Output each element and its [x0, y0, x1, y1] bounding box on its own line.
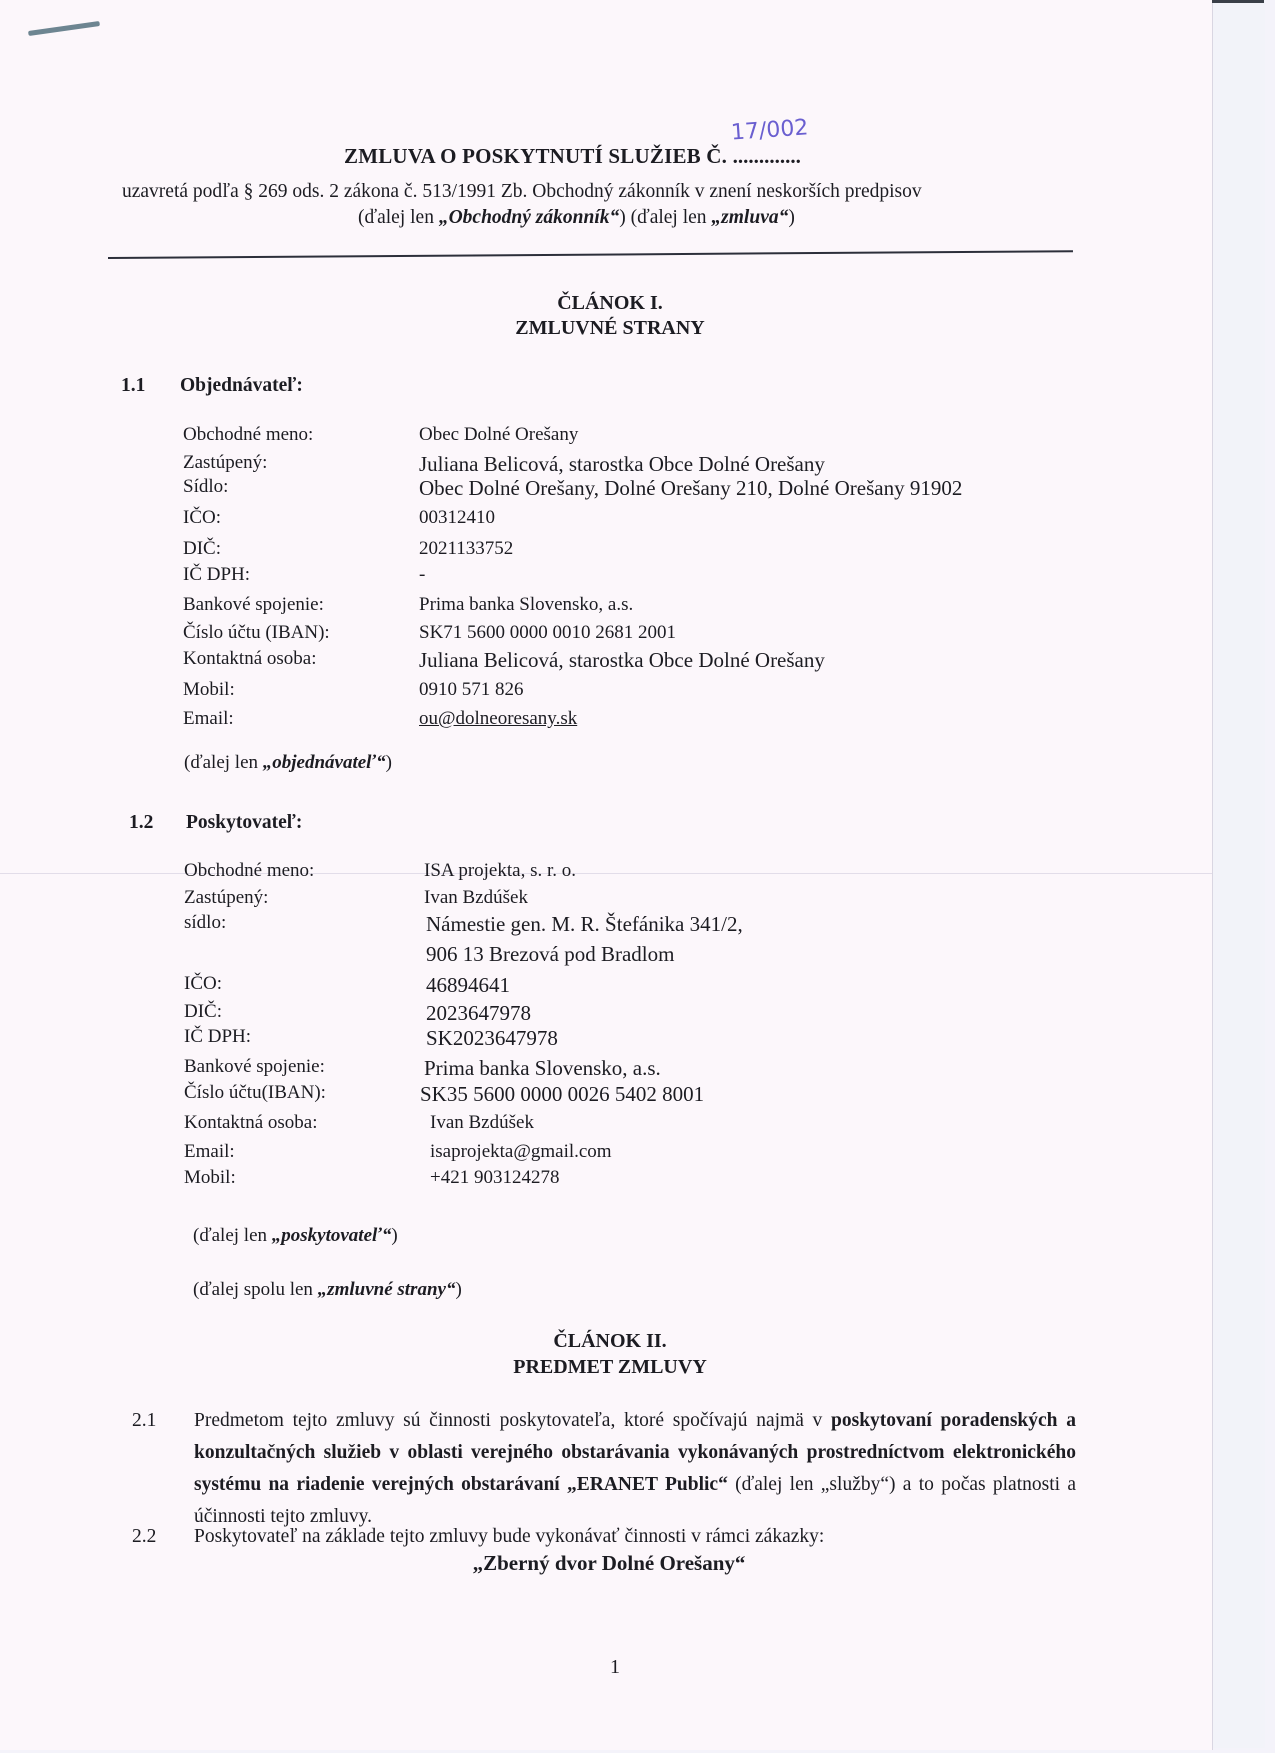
field-value: Prima banka Slovensko, a.s.	[424, 1056, 661, 1081]
field-label: IČ DPH:	[183, 564, 250, 586]
email-link[interactable]: ou@dolneoresany.sk	[419, 708, 577, 730]
subtitle-term-contract: „zmluva“	[711, 207, 788, 228]
field-value: Ivan Bzdúšek	[424, 887, 528, 909]
project-name: „Zberný dvor Dolné Orešany“	[309, 1551, 909, 1576]
scanner-edge	[1213, 0, 1265, 1748]
title-dots: .............	[733, 144, 801, 168]
subtitle-line-2: (ďalej len „Obchodný zákonník“) (ďalej l…	[358, 207, 795, 229]
field-value: SK71 5600 0000 0010 2681 2001	[419, 622, 676, 644]
article-2-title: PREDMET ZMLUVY	[410, 1356, 810, 1379]
field-value: Ivan Bzdúšek	[430, 1112, 534, 1134]
field-value: 0910 571 826	[419, 679, 524, 701]
field-label: DIČ:	[184, 1001, 222, 1023]
section-1-1-title: Objednávateľ:	[180, 375, 303, 397]
field-value: 2021133752	[419, 538, 513, 560]
clause-2-2-text: Poskytovateľ na základe tejto zmluvy bud…	[194, 1521, 824, 1553]
field-label: DIČ:	[183, 538, 221, 560]
field-value: 00312410	[419, 507, 495, 529]
document-title: ZMLUVA O POSKYTNUTÍ SLUŽIEB Č. .........…	[344, 144, 801, 169]
field-label: Email:	[184, 1141, 235, 1163]
alias-term: „poskytovateľ“	[272, 1225, 392, 1246]
subtitle-text: (ďalej len	[358, 207, 439, 228]
field-label: Kontaktná osoba:	[183, 648, 317, 670]
field-value: Obec Dolné Orešany	[419, 424, 578, 446]
field-value: -	[419, 564, 425, 586]
email-link[interactable]: isaprojekta@gmail.com	[430, 1141, 612, 1163]
field-label: Sídlo:	[183, 476, 228, 498]
alias-text: (ďalej spolu len	[193, 1279, 318, 1300]
clause-text: Predmetom tejto zmluvy sú činnosti posky…	[194, 1410, 831, 1431]
objednavatel-alias: (ďalej len „objednávateľ“)	[184, 752, 392, 774]
alias-term: „zmluvné strany“	[318, 1279, 456, 1300]
field-label: IČ DPH:	[184, 1026, 251, 1048]
field-value: Juliana Belicová, starostka Obce Dolné O…	[419, 648, 825, 673]
page-fold-line	[0, 873, 1212, 874]
field-label: Bankové spojenie:	[184, 1056, 325, 1078]
field-value: SK35 5600 0000 0026 5402 8001	[420, 1082, 704, 1107]
subtitle-line-1: uzavretá podľa § 269 ods. 2 zákona č. 51…	[122, 181, 922, 203]
field-value: Juliana Belicová, starostka Obce Dolné O…	[419, 452, 825, 477]
field-value: +421 903124278	[430, 1167, 559, 1189]
field-label: Obchodné meno:	[183, 424, 313, 446]
clause-2-2-number: 2.2	[132, 1521, 156, 1553]
field-label: Kontaktná osoba:	[184, 1112, 318, 1134]
section-1-2-number: 1.2	[129, 812, 153, 834]
page-number: 1	[610, 1656, 620, 1679]
field-label: Obchodné meno:	[184, 860, 314, 882]
field-value: SK2023647978	[426, 1026, 558, 1051]
scanner-edge-bar	[1212, 0, 1264, 3]
field-label: sídlo:	[184, 912, 226, 934]
field-label: Email:	[183, 708, 234, 730]
field-label: Číslo účtu(IBAN):	[184, 1082, 326, 1104]
title-text: ZMLUVA O POSKYTNUTÍ SLUŽIEB Č.	[344, 144, 727, 168]
field-label: Bankové spojenie:	[183, 594, 324, 616]
alias-text: )	[386, 752, 392, 773]
field-value: Námestie gen. M. R. Štefánika 341/2,	[426, 912, 743, 937]
field-value: 906 13 Brezová pod Bradlom	[426, 942, 674, 967]
field-value: ISA projekta, s. r. o.	[424, 860, 576, 882]
field-label: Mobil:	[183, 679, 235, 701]
field-label: Zastúpený:	[184, 887, 268, 909]
section-1-2-title: Poskytovateľ:	[186, 812, 302, 834]
field-label: IČO:	[183, 507, 221, 529]
field-value: Prima banka Slovensko, a.s.	[419, 594, 633, 616]
parties-alias: (ďalej spolu len „zmluvné strany“)	[193, 1279, 462, 1301]
alias-text: (ďalej len	[193, 1225, 272, 1246]
article-1-title: ZMLUVNÉ STRANY	[410, 317, 810, 340]
section-1-1-number: 1.1	[121, 375, 145, 397]
field-value: 46894641	[426, 973, 510, 998]
field-value: 2023647978	[426, 1001, 531, 1026]
clause-2-1-text: Predmetom tejto zmluvy sú činnosti posky…	[194, 1405, 1076, 1533]
field-value: Obec Dolné Orešany, Dolné Orešany 210, D…	[419, 476, 962, 501]
alias-text: )	[455, 1279, 461, 1300]
subtitle-text: )	[788, 207, 795, 228]
field-label: Zastúpený:	[183, 452, 267, 474]
field-label: Mobil:	[184, 1167, 236, 1189]
subtitle-term-code: „Obchodný zákonník“	[439, 207, 619, 228]
alias-text: (ďalej len	[184, 752, 263, 773]
poskytovatel-alias: (ďalej len „poskytovateľ“)	[193, 1225, 398, 1247]
field-label: IČO:	[184, 973, 222, 995]
alias-term: „objednávateľ“	[263, 752, 386, 773]
field-label: Číslo účtu (IBAN):	[183, 622, 330, 644]
article-2-number: ČLÁNOK II.	[410, 1330, 810, 1353]
clause-2-1-number: 2.1	[132, 1405, 156, 1437]
subtitle-text: ) (ďalej len	[619, 207, 711, 228]
article-1-number: ČLÁNOK I.	[410, 292, 810, 315]
alias-text: )	[391, 1225, 397, 1246]
